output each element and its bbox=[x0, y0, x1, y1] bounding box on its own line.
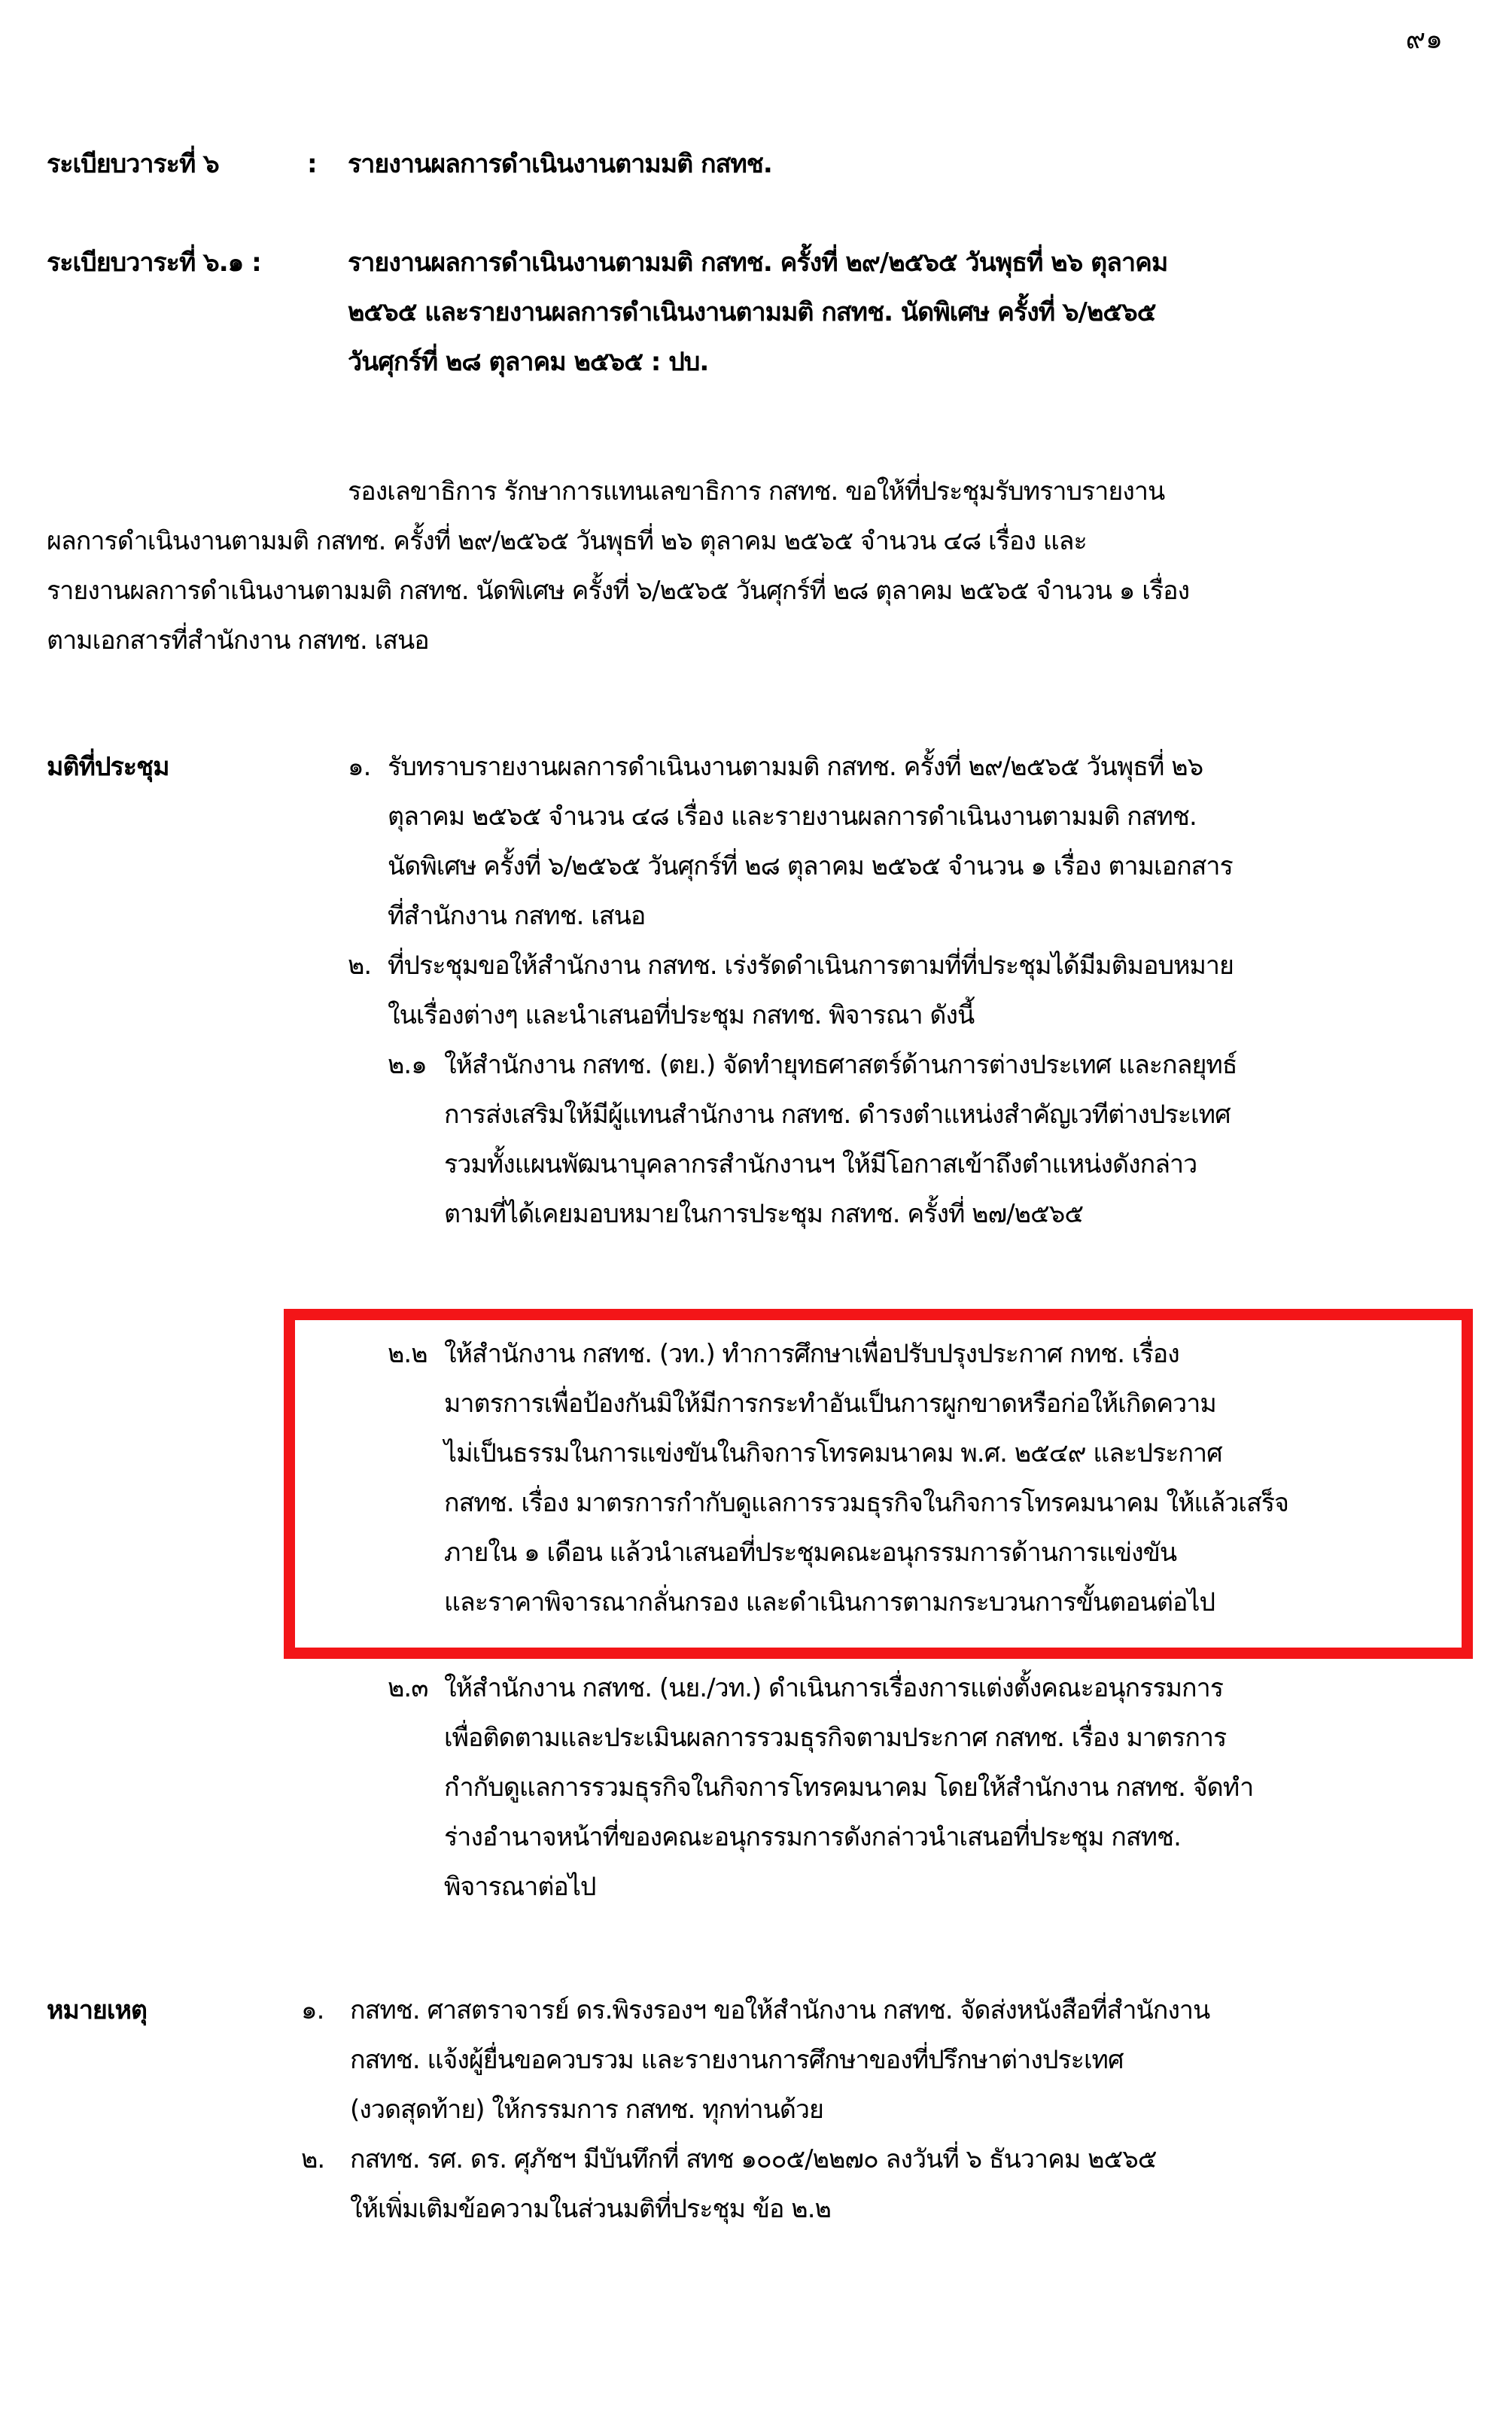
resolution-subitem-line: ภายใน ๑ เดือน แล้วนำเสนอที่ประชุมคณะอนุก… bbox=[444, 1528, 1176, 1578]
resolution-subitem-line: ไม่เป็นธรรมในการแข่งขันในกิจการโทรคมนาคม… bbox=[444, 1429, 1222, 1478]
resolution-subitem-line: ให้สำนักงาน กสทช. (นย./วท.) ดำเนินการเรื… bbox=[444, 1663, 1223, 1713]
resolution-subitem-line: ให้สำนักงาน กสทช. (วท.) ทำการศึกษาเพื่อป… bbox=[444, 1329, 1179, 1379]
page-number: ๙๑ bbox=[1406, 21, 1443, 59]
agenda6-1-title-line: รายงานผลการดำเนินงานตามมติ กสทช. ครั้งที… bbox=[348, 238, 1443, 288]
resolution-item-number: ๑. bbox=[348, 742, 370, 792]
note-line: กสทช. ศาสตราจารย์ ดร.พิรงรองฯ ขอให้สำนัก… bbox=[350, 1985, 1209, 2035]
note-line: (งวดสุดท้าย) ให้กรรมการ กสทช. ทุกท่านด้ว… bbox=[350, 2085, 823, 2135]
resolution-item-line: ในเรื่องต่างๆ และนำเสนอที่ประชุม กสทช. พ… bbox=[388, 990, 974, 1040]
agenda6-title: รายงานผลการดำเนินงานตามมติ กสทช. bbox=[348, 139, 772, 189]
resolution-subitem-line: มาตรการเพื่อป้องกันมิให้มีการกระทำอันเป็… bbox=[444, 1379, 1216, 1429]
note-number: ๑. bbox=[301, 1985, 324, 2035]
resolution-label: มติที่ประชุม bbox=[47, 742, 169, 792]
resolution-item-line: ตุลาคม ๒๕๖๕ จำนวน ๔๘ เรื่อง และรายงานผลก… bbox=[388, 792, 1197, 841]
resolution-subitem-number: ๒.๒ bbox=[388, 1329, 427, 1379]
resolution-subitem-line: ให้สำนักงาน กสทช. (ตย.) จัดทำยุทธศาสตร์ด… bbox=[444, 1040, 1237, 1090]
agenda6-colon: : bbox=[307, 139, 317, 189]
resolution-subitem-line: ร่างอำนาจหน้าที่ของคณะอนุกรรมการดังกล่าว… bbox=[444, 1812, 1181, 1862]
note-line: ให้เพิ่มเติมข้อความในส่วนมติที่ประชุม ข้… bbox=[350, 2184, 831, 2234]
resolution-subitem-line: และราคาพิจารณากลั่นกรอง และดำเนินการตามก… bbox=[444, 1578, 1215, 1627]
agenda6-label: ระเบียบวาระที่ ๖ bbox=[47, 139, 219, 189]
agenda6-1-title-line: ๒๕๖๕ และรายงานผลการดำเนินงานตามมติ กสทช.… bbox=[348, 288, 1443, 337]
resolution-subitem-number: ๒.๑ bbox=[388, 1040, 427, 1090]
resolution-item-line: นัดพิเศษ ครั้งที่ ๖/๒๕๖๕ วันศุกร์ที่ ๒๘ … bbox=[388, 841, 1233, 891]
note-number: ๒. bbox=[301, 2135, 324, 2184]
resolution-subitem-line: กสทช. เรื่อง มาตรการกำกับดูแลการรวมธุรกิ… bbox=[444, 1478, 1288, 1528]
resolution-item-line: รับทราบรายงานผลการดำเนินงานตามมติ กสทช. … bbox=[388, 742, 1203, 792]
resolution-subitem-number: ๒.๓ bbox=[388, 1663, 427, 1713]
resolution-subitem-line: การส่งเสริมให้มีผู้แทนสำนักงาน กสทช. ดำร… bbox=[444, 1090, 1231, 1140]
note-line: กสทช. แจ้งผู้ยื่นขอควบรวม และรายงานการศึ… bbox=[350, 2035, 1124, 2085]
body-line: รองเลขาธิการ รักษาการแทนเลขาธิการ กสทช. … bbox=[348, 467, 1164, 516]
resolution-subitem-line: ตามที่ได้เคยมอบหมายในการประชุม กสทช. ครั… bbox=[444, 1189, 1083, 1239]
note-line: กสทช. รศ. ดร. ศุภัชฯ มีบันทึกที่ สทช ๑๐๐… bbox=[350, 2135, 1157, 2184]
resolution-subitem-line: เพื่อติดตามและประเมินผลการรวมธุรกิจตามปร… bbox=[444, 1713, 1226, 1763]
body-line: ตามเอกสารที่สำนักงาน กสทช. เสนอ bbox=[47, 616, 429, 665]
resolution-subitem-line: พิจารณาต่อไป bbox=[444, 1862, 596, 1912]
agenda6-1-title-line: วันศุกร์ที่ ๒๘ ตุลาคม ๒๕๖๕ : ปบ. bbox=[348, 337, 708, 387]
resolution-item-number: ๒. bbox=[348, 941, 371, 990]
notes-label: หมายเหตุ bbox=[47, 1985, 147, 2035]
resolution-subitem-line: รวมทั้งแผนพัฒนาบุคลากรสำนักงานฯ ให้มีโอก… bbox=[444, 1140, 1197, 1189]
body-line: รายงานผลการดำเนินงานตามมติ กสทช. นัดพิเศ… bbox=[47, 566, 1189, 616]
resolution-item-line: ที่ประชุมขอให้สำนักงาน กสทช. เร่งรัดดำเน… bbox=[388, 941, 1234, 990]
agenda6-1-label: ระเบียบวาระที่ ๖.๑ : bbox=[47, 238, 261, 288]
resolution-item-line: ที่สำนักงาน กสทช. เสนอ bbox=[388, 891, 645, 941]
resolution-subitem-line: กำกับดูแลการรวมธุรกิจในกิจการโทรคมนาคม โ… bbox=[444, 1763, 1253, 1812]
body-line: ผลการดำเนินงานตามมติ กสทช. ครั้งที่ ๒๙/๒… bbox=[47, 516, 1087, 566]
